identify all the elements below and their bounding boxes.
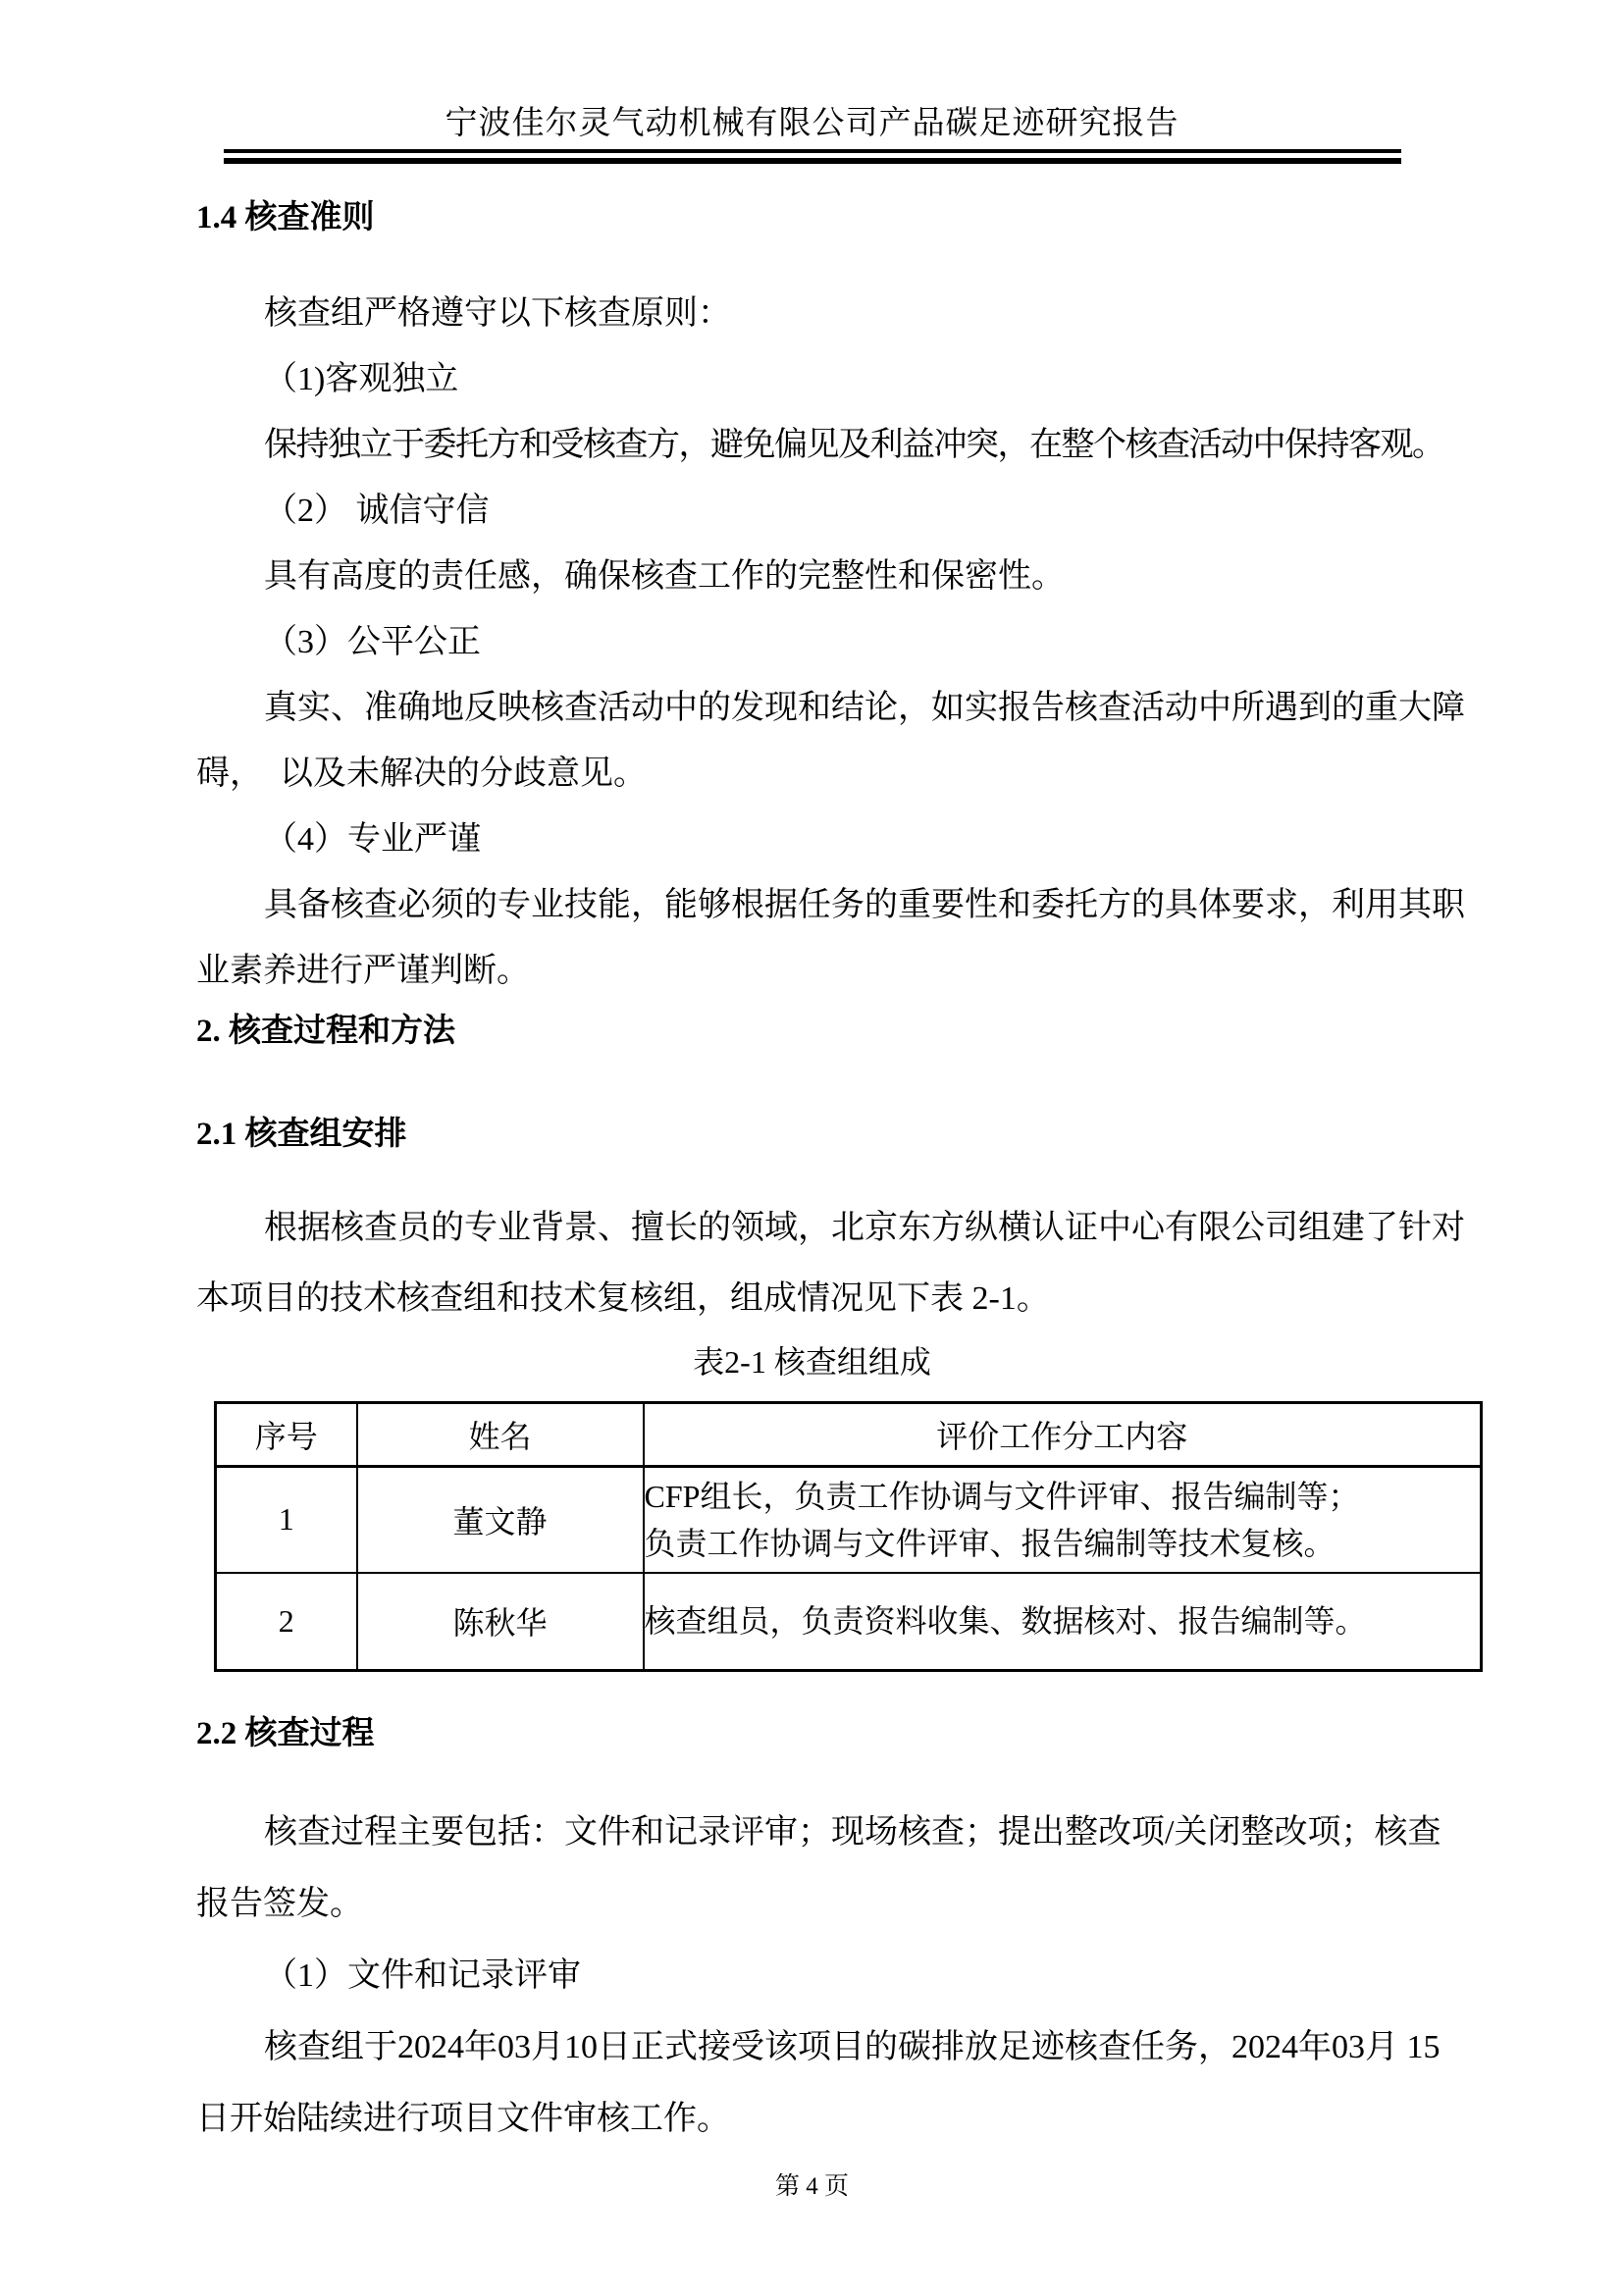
cell-no: 1	[216, 1467, 357, 1573]
duty-line: 负责工作协调与文件评审、报告编制等技术复核。	[645, 1524, 1481, 1563]
page-number: 第 4 页	[0, 2172, 1624, 2202]
section-heading-2-2: 2.2 核查过程	[196, 1715, 375, 1752]
paragraph-line: 本项目的技术核查组和技术复核组，组成情况见下表 2-1。	[196, 1279, 1050, 1319]
cell-no: 2	[216, 1573, 357, 1671]
cell-duty: 核查组员，负责资料收集、数据核对、报告编制等。	[644, 1573, 1482, 1671]
section-heading-2: 2. 核查过程和方法	[196, 1013, 455, 1050]
paragraph-line: （1）文件和记录评审	[264, 1956, 581, 1996]
column-header-duty: 评价工作分工内容	[644, 1403, 1482, 1467]
paragraph-line: 具有高度的责任感，确保核查工作的完整性和保密性。	[264, 557, 1065, 597]
header-rule-thick	[224, 158, 1401, 164]
cell-name: 董文静	[357, 1467, 644, 1573]
table-caption: 表2-1 核查组组成	[0, 1342, 1624, 1382]
paragraph-line: 核查组严格遵守以下核查原则：	[264, 294, 731, 334]
paragraph-line: 报告签发。	[196, 1885, 363, 1924]
table-header-row: 序号 姓名 评价工作分工内容	[216, 1403, 1482, 1467]
paragraph-line: 核查过程主要包括：文件和记录评审；现场核查；提出整改项/关闭整改项；核查	[264, 1813, 1441, 1852]
paragraph-line: 核查组于2024年03月10日正式接受该项目的碳排放足迹核查任务，2024年03…	[264, 2028, 1441, 2067]
paragraph-line: 碍， 以及未解决的分歧意见。	[196, 755, 647, 794]
section-heading-2-1: 2.1 核查组安排	[196, 1116, 407, 1153]
section-heading-1-4: 1.4 核查准则	[196, 199, 375, 236]
duty-line: CFP组长，负责工作协调与文件评审、报告编制等；	[645, 1477, 1481, 1516]
paragraph-line: 业素养进行严谨判断。	[196, 952, 530, 991]
document-header-title: 宁波佳尔灵气动机械有限公司产品碳足迹研究报告	[0, 104, 1624, 143]
paragraph-line: 具备核查必须的专业技能，能够根据任务的重要性和委托方的具体要求，利用其职	[264, 886, 1465, 925]
paragraph-line: （3）公平公正	[264, 623, 481, 662]
cell-duty: CFP组长，负责工作协调与文件评审、报告编制等； 负责工作协调与文件评审、报告编…	[644, 1467, 1482, 1573]
paragraph-line: （1)客观独立	[264, 360, 458, 399]
paragraph-line: 保持独立于委托方和受核查方，避免偏见及利益冲突，在整个核查活动中保持客观。	[264, 426, 1444, 465]
header-rule-thin	[224, 149, 1401, 153]
paragraph-line: 根据核查员的专业背景、擅长的领域，北京东方纵横认证中心有限公司组建了针对	[264, 1209, 1465, 1248]
table-row: 2 陈秋华 核查组员，负责资料收集、数据核对、报告编制等。	[216, 1573, 1482, 1671]
paragraph-line: 日开始陆续进行项目文件审核工作。	[196, 2100, 730, 2139]
paragraph-line: （4）专业严谨	[264, 820, 481, 860]
document-page: 宁波佳尔灵气动机械有限公司产品碳足迹研究报告 1.4 核查准则 核查组严格遵守以…	[0, 0, 1624, 2295]
column-header-name: 姓名	[357, 1403, 644, 1467]
paragraph-line: 真实、准确地反映核查活动中的发现和结论，如实报告核查活动中所遇到的重大障	[264, 689, 1465, 728]
duty-line: 核查组员，负责资料收集、数据核对、报告编制等。	[645, 1601, 1481, 1641]
cell-name: 陈秋华	[357, 1573, 644, 1671]
verification-team-table: 序号 姓名 评价工作分工内容 1 董文静 CFP组长，负责工作协调与文件评审、报…	[214, 1401, 1483, 1672]
column-header-no: 序号	[216, 1403, 357, 1467]
table-row: 1 董文静 CFP组长，负责工作协调与文件评审、报告编制等； 负责工作协调与文件…	[216, 1467, 1482, 1573]
paragraph-line: （2） 诚信守信	[264, 492, 490, 531]
